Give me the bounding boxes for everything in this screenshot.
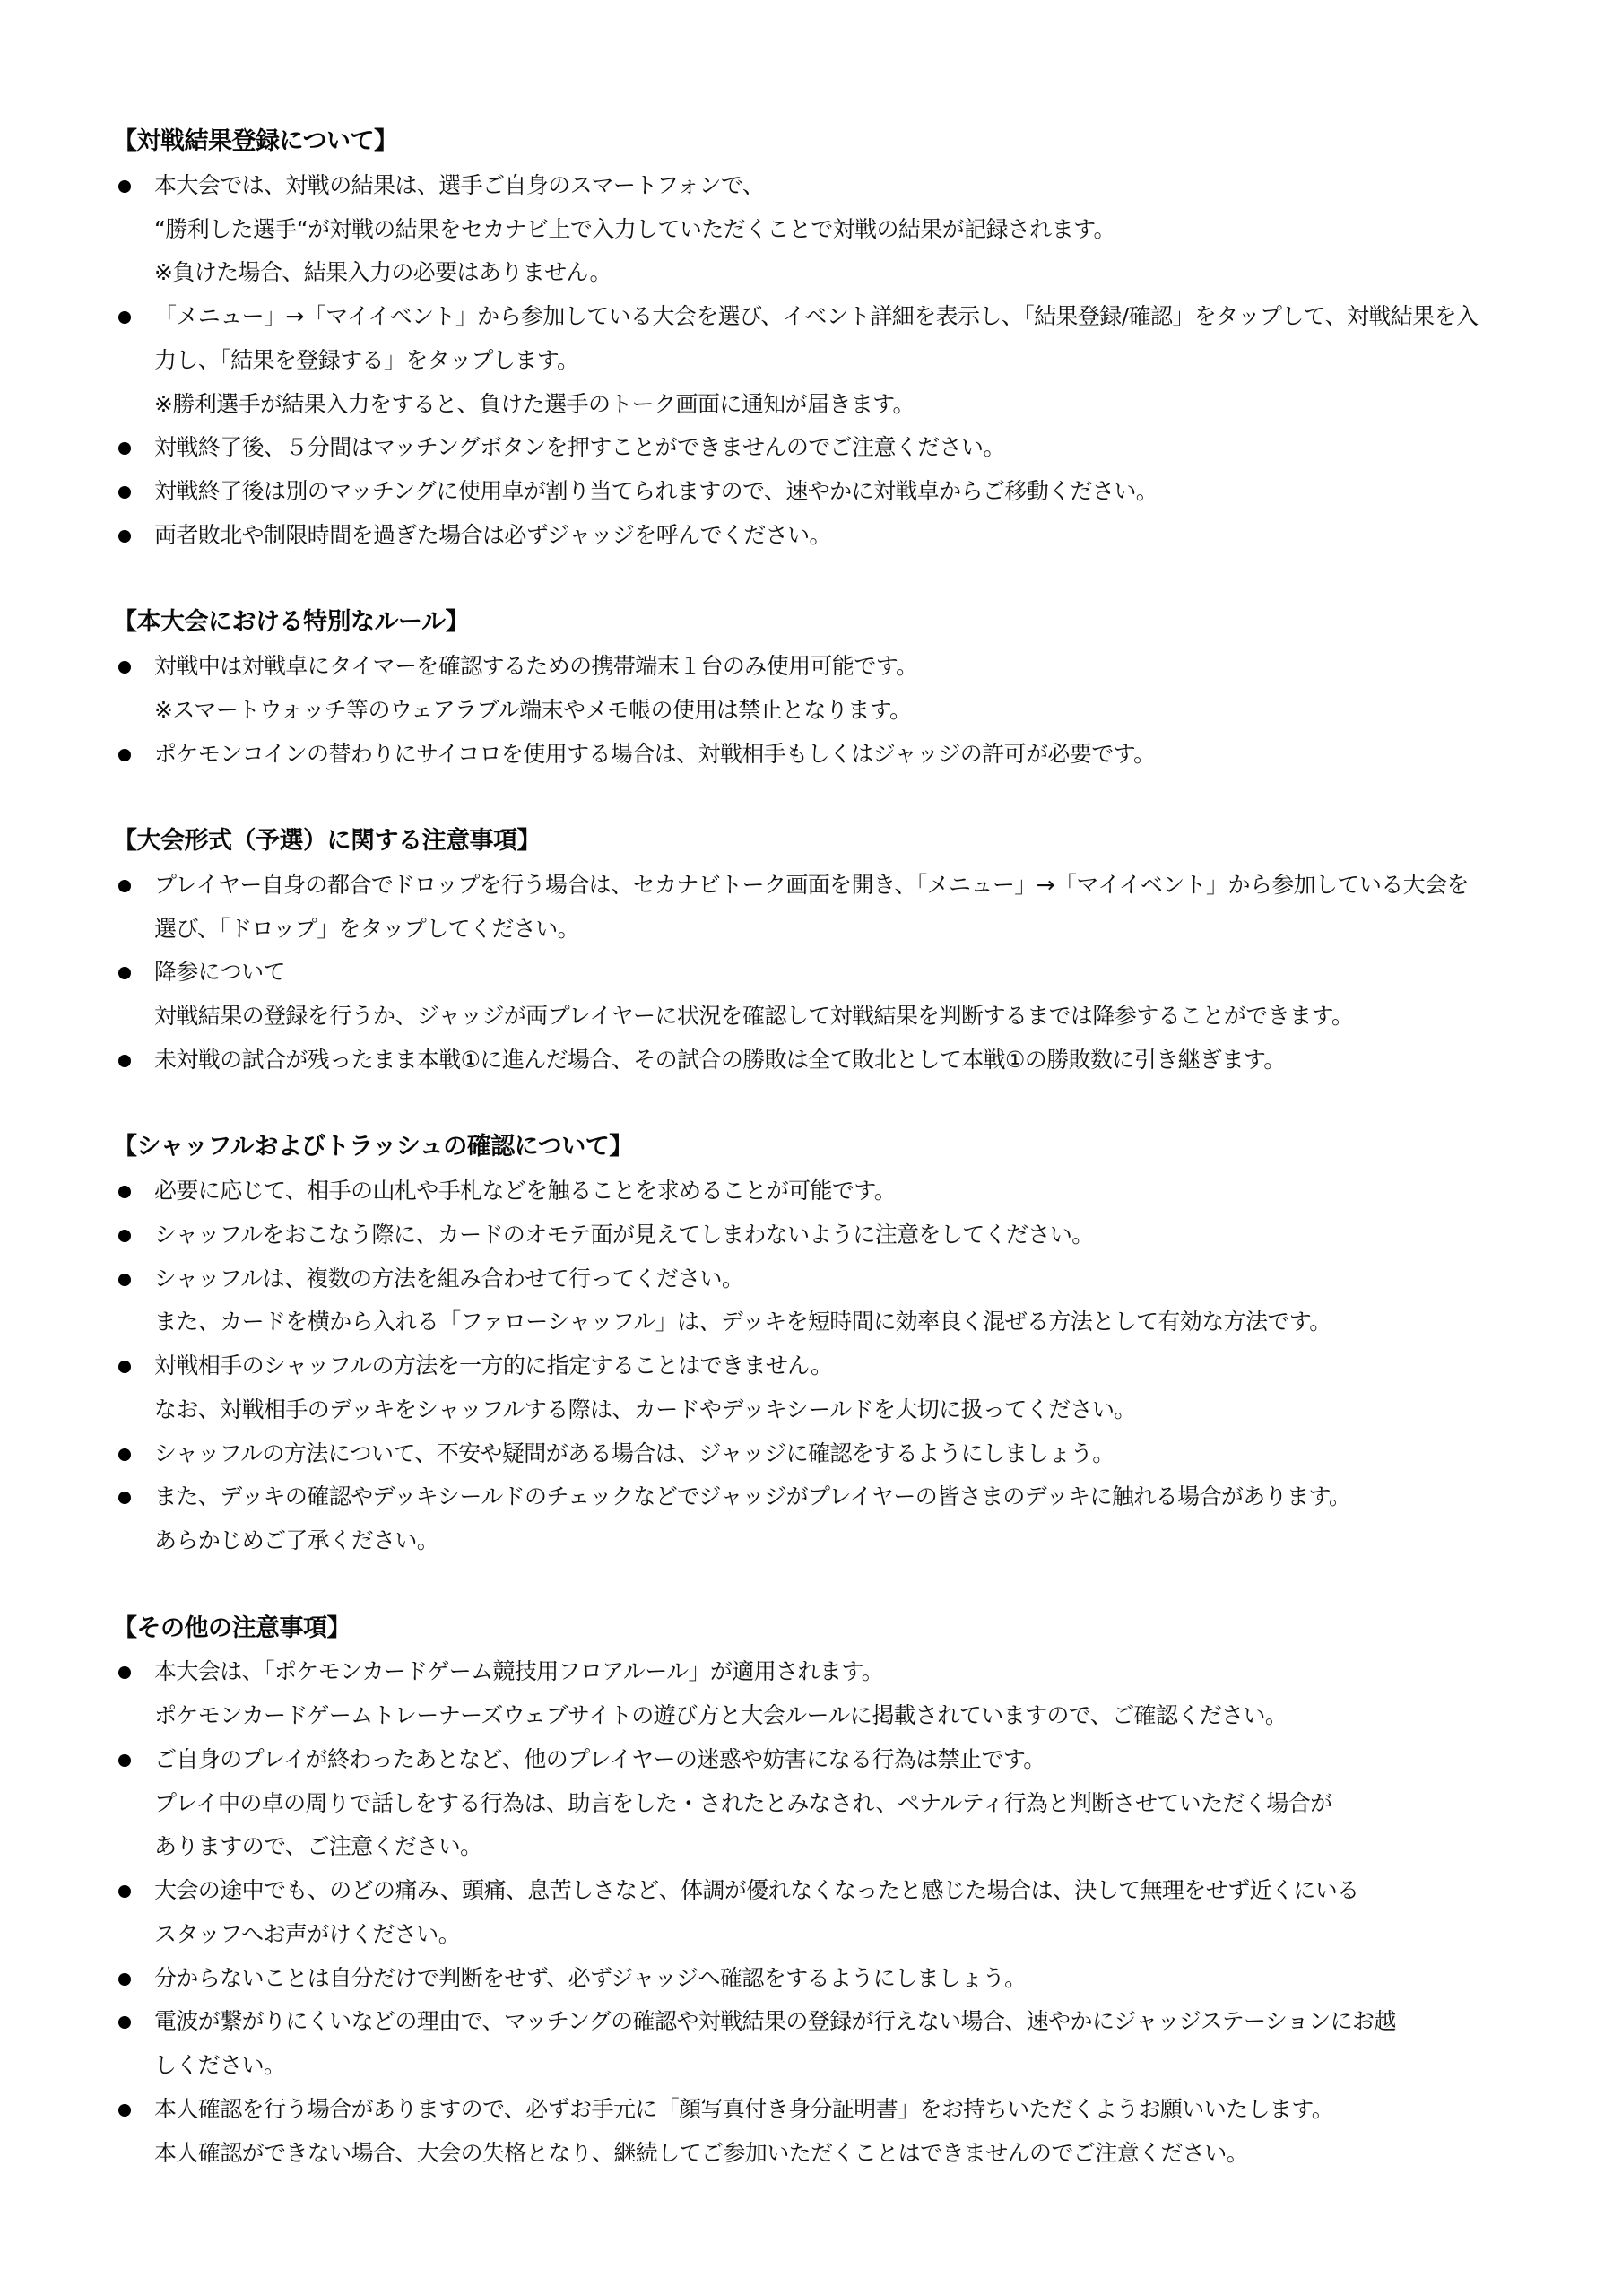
list-item: 必要に応じて、相手の山札や手札などを触ることを求めることが可能です。 bbox=[113, 1170, 1530, 1213]
list-item: 本人確認を行う場合がありますので、必ずお手元に「顔写真付き身分証明書」をお持ちい… bbox=[113, 2088, 1530, 2132]
bullet-icon bbox=[118, 1230, 131, 1242]
list-item-continuation: 本人確認ができない場合、大会の失格となり、継続してご参加いただくことはできません… bbox=[113, 2132, 1530, 2176]
document-page: 【対戦結果登録について】 本大会では、対戦の結果は、選手ご自身のスマートフォンで… bbox=[113, 120, 1530, 2175]
bullet-icon bbox=[118, 1186, 131, 1198]
list-item: また、デッキの確認やデッキシールドのチェックなどでジャッジがプレイヤーの皆さまの… bbox=[113, 1475, 1530, 1519]
bullet-icon bbox=[118, 180, 131, 193]
list-item: 「メニュー」→「マイイベント」から参加している大会を選び、イベント詳細を表示し、… bbox=[113, 295, 1530, 339]
list-item-continuation: 力し、「結果を登録する」をタップします。 bbox=[113, 339, 1530, 383]
bullet-icon bbox=[118, 530, 131, 543]
list-item: 未対戦の試合が残ったまま本戦①に進んだ場合、その試合の勝敗は全て敗北として本戦①… bbox=[113, 1039, 1530, 1083]
list-item-continuation: スタッフへお声がけください。 bbox=[113, 1913, 1530, 1957]
bullet-icon bbox=[118, 486, 131, 499]
bullet-icon bbox=[118, 967, 131, 979]
list-item: シャッフルは、複数の方法を組み合わせて行ってください。 bbox=[113, 1257, 1530, 1301]
bullet-icon bbox=[118, 1448, 131, 1461]
list-item-continuation: なお、対戦相手のデッキをシャッフルする際は、カードやデッキシールドを大切に扱って… bbox=[113, 1388, 1530, 1432]
list-item-continuation: “勝利した選手“が対戦の結果をセカナビ上で入力していただくことで対戦の結果が記録… bbox=[113, 208, 1530, 252]
bullet-icon bbox=[118, 1666, 131, 1679]
section-tournament-format: 【大会形式（予選）に関する注意事項】 プレイヤー自身の都合でドロップを行う場合は… bbox=[113, 820, 1530, 1083]
section-shuffle-trash: 【シャッフルおよびトラッシュの確認について】 必要に応じて、相手の山札や手札など… bbox=[113, 1126, 1530, 1563]
list-item: 両者敗北や制限時間を過ぎた場合は必ずジャッジを呼んでください。 bbox=[113, 514, 1530, 558]
list-item-continuation: プレイ中の卓の周りで話しをする行為は、助言をした・されたとみなされ、ペナルティ行… bbox=[113, 1782, 1530, 1826]
bullet-icon bbox=[118, 749, 131, 761]
bullet-icon bbox=[118, 1361, 131, 1373]
section-heading: 【その他の注意事項】 bbox=[113, 1607, 1530, 1651]
list-item-note: ※負けた場合、結果入力の必要はありません。 bbox=[113, 251, 1530, 295]
list-item: 電波が繋がりにくいなどの理由で、マッチングの確認や対戦結果の登録が行えない場合、… bbox=[113, 2000, 1530, 2044]
list-item-continuation: また、カードを横から入れる「ファローシャッフル」は、デッキを短時間に効率良く混ぜ… bbox=[113, 1300, 1530, 1344]
list-item: 対戦終了後、５分間はマッチングボタンを押すことができませんのでご注意ください。 bbox=[113, 426, 1530, 470]
list-item: 分からないことは自分だけで判断をせず、必ずジャッジへ確認をするようにしましょう。 bbox=[113, 1957, 1530, 2001]
list-item-continuation: 選び、「ドロップ」をタップしてください。 bbox=[113, 908, 1530, 952]
bullet-icon bbox=[118, 1754, 131, 1767]
bullet-icon bbox=[118, 661, 131, 674]
bullet-icon bbox=[118, 1492, 131, 1504]
list-item: ご自身のプレイが終わったあとなど、他のプレイヤーの迷惑や妨害になる行為は禁止です… bbox=[113, 1738, 1530, 1782]
list-item: ポケモンコインの替わりにサイコロを使用する場合は、対戦相手もしくはジャッジの許可… bbox=[113, 733, 1530, 777]
section-spacer bbox=[113, 776, 1530, 820]
section-spacer bbox=[113, 558, 1530, 602]
bullet-icon bbox=[118, 1055, 131, 1067]
list-item: 本大会は、「ポケモンカードゲーム競技用フロアルール」が適用されます。 bbox=[113, 1650, 1530, 1694]
section-other-notes: 【その他の注意事項】 本大会は、「ポケモンカードゲーム競技用フロアルール」が適用… bbox=[113, 1607, 1530, 2176]
list-item: 降参について bbox=[113, 951, 1530, 995]
bullet-icon bbox=[118, 442, 131, 455]
bullet-icon bbox=[118, 2104, 131, 2117]
list-item-continuation: 対戦結果の登録を行うか、ジャッジが両プレイヤーに状況を確認して対戦結果を判断する… bbox=[113, 995, 1530, 1039]
section-special-rules: 【本大会における特別なルール】 対戦中は対戦卓にタイマーを確認するための携帯端末… bbox=[113, 601, 1530, 776]
list-item-note: ※スマートウォッチ等のウェアラブル端末やメモ帳の使用は禁止となります。 bbox=[113, 689, 1530, 733]
bullet-icon bbox=[118, 1885, 131, 1898]
list-item: シャッフルの方法について、不安や疑問がある場合は、ジャッジに確認をするようにしま… bbox=[113, 1432, 1530, 1476]
list-item-continuation: しください。 bbox=[113, 2044, 1530, 2088]
list-item: 対戦相手のシャッフルの方法を一方的に指定することはできません。 bbox=[113, 1344, 1530, 1388]
list-item-continuation: あらかじめご了承ください。 bbox=[113, 1519, 1530, 1563]
section-spacer bbox=[113, 1083, 1530, 1126]
list-item: プレイヤー自身の都合でドロップを行う場合は、セカナビトーク画面を開き、「メニュー… bbox=[113, 864, 1530, 908]
list-item-continuation: ありますので、ご注意ください。 bbox=[113, 1825, 1530, 1869]
list-item-note: ※勝利選手が結果入力をすると、負けた選手のトーク画面に通知が届きます。 bbox=[113, 383, 1530, 427]
section-heading: 【対戦結果登録について】 bbox=[113, 120, 1530, 164]
section-heading: 【大会形式（予選）に関する注意事項】 bbox=[113, 820, 1530, 864]
list-item: 大会の途中でも、のどの痛み、頭痛、息苦しさなど、体調が優れなくなったと感じた場合… bbox=[113, 1869, 1530, 1913]
list-item-continuation: ポケモンカードゲームトレーナーズウェブサイトの遊び方と大会ルールに掲載されていま… bbox=[113, 1694, 1530, 1738]
section-heading: 【本大会における特別なルール】 bbox=[113, 601, 1530, 645]
list-item: 本大会では、対戦の結果は、選手ご自身のスマートフォンで、 bbox=[113, 164, 1530, 208]
section-heading: 【シャッフルおよびトラッシュの確認について】 bbox=[113, 1126, 1530, 1170]
bullet-icon bbox=[118, 1274, 131, 1286]
list-item: 対戦中は対戦卓にタイマーを確認するための携帯端末１台のみ使用可能です。 bbox=[113, 645, 1530, 689]
bullet-icon bbox=[118, 2016, 131, 2029]
bullet-icon bbox=[118, 880, 131, 892]
section-spacer bbox=[113, 1563, 1530, 1607]
list-item: シャッフルをおこなう際に、カードのオモテ面が見えてしまわないように注意をしてくだ… bbox=[113, 1213, 1530, 1257]
bullet-icon bbox=[118, 311, 131, 324]
list-item: 対戦終了後は別のマッチングに使用卓が割り当てられますので、速やかに対戦卓からご移… bbox=[113, 470, 1530, 514]
section-result-registration: 【対戦結果登録について】 本大会では、対戦の結果は、選手ご自身のスマートフォンで… bbox=[113, 120, 1530, 558]
bullet-icon bbox=[118, 1973, 131, 1986]
